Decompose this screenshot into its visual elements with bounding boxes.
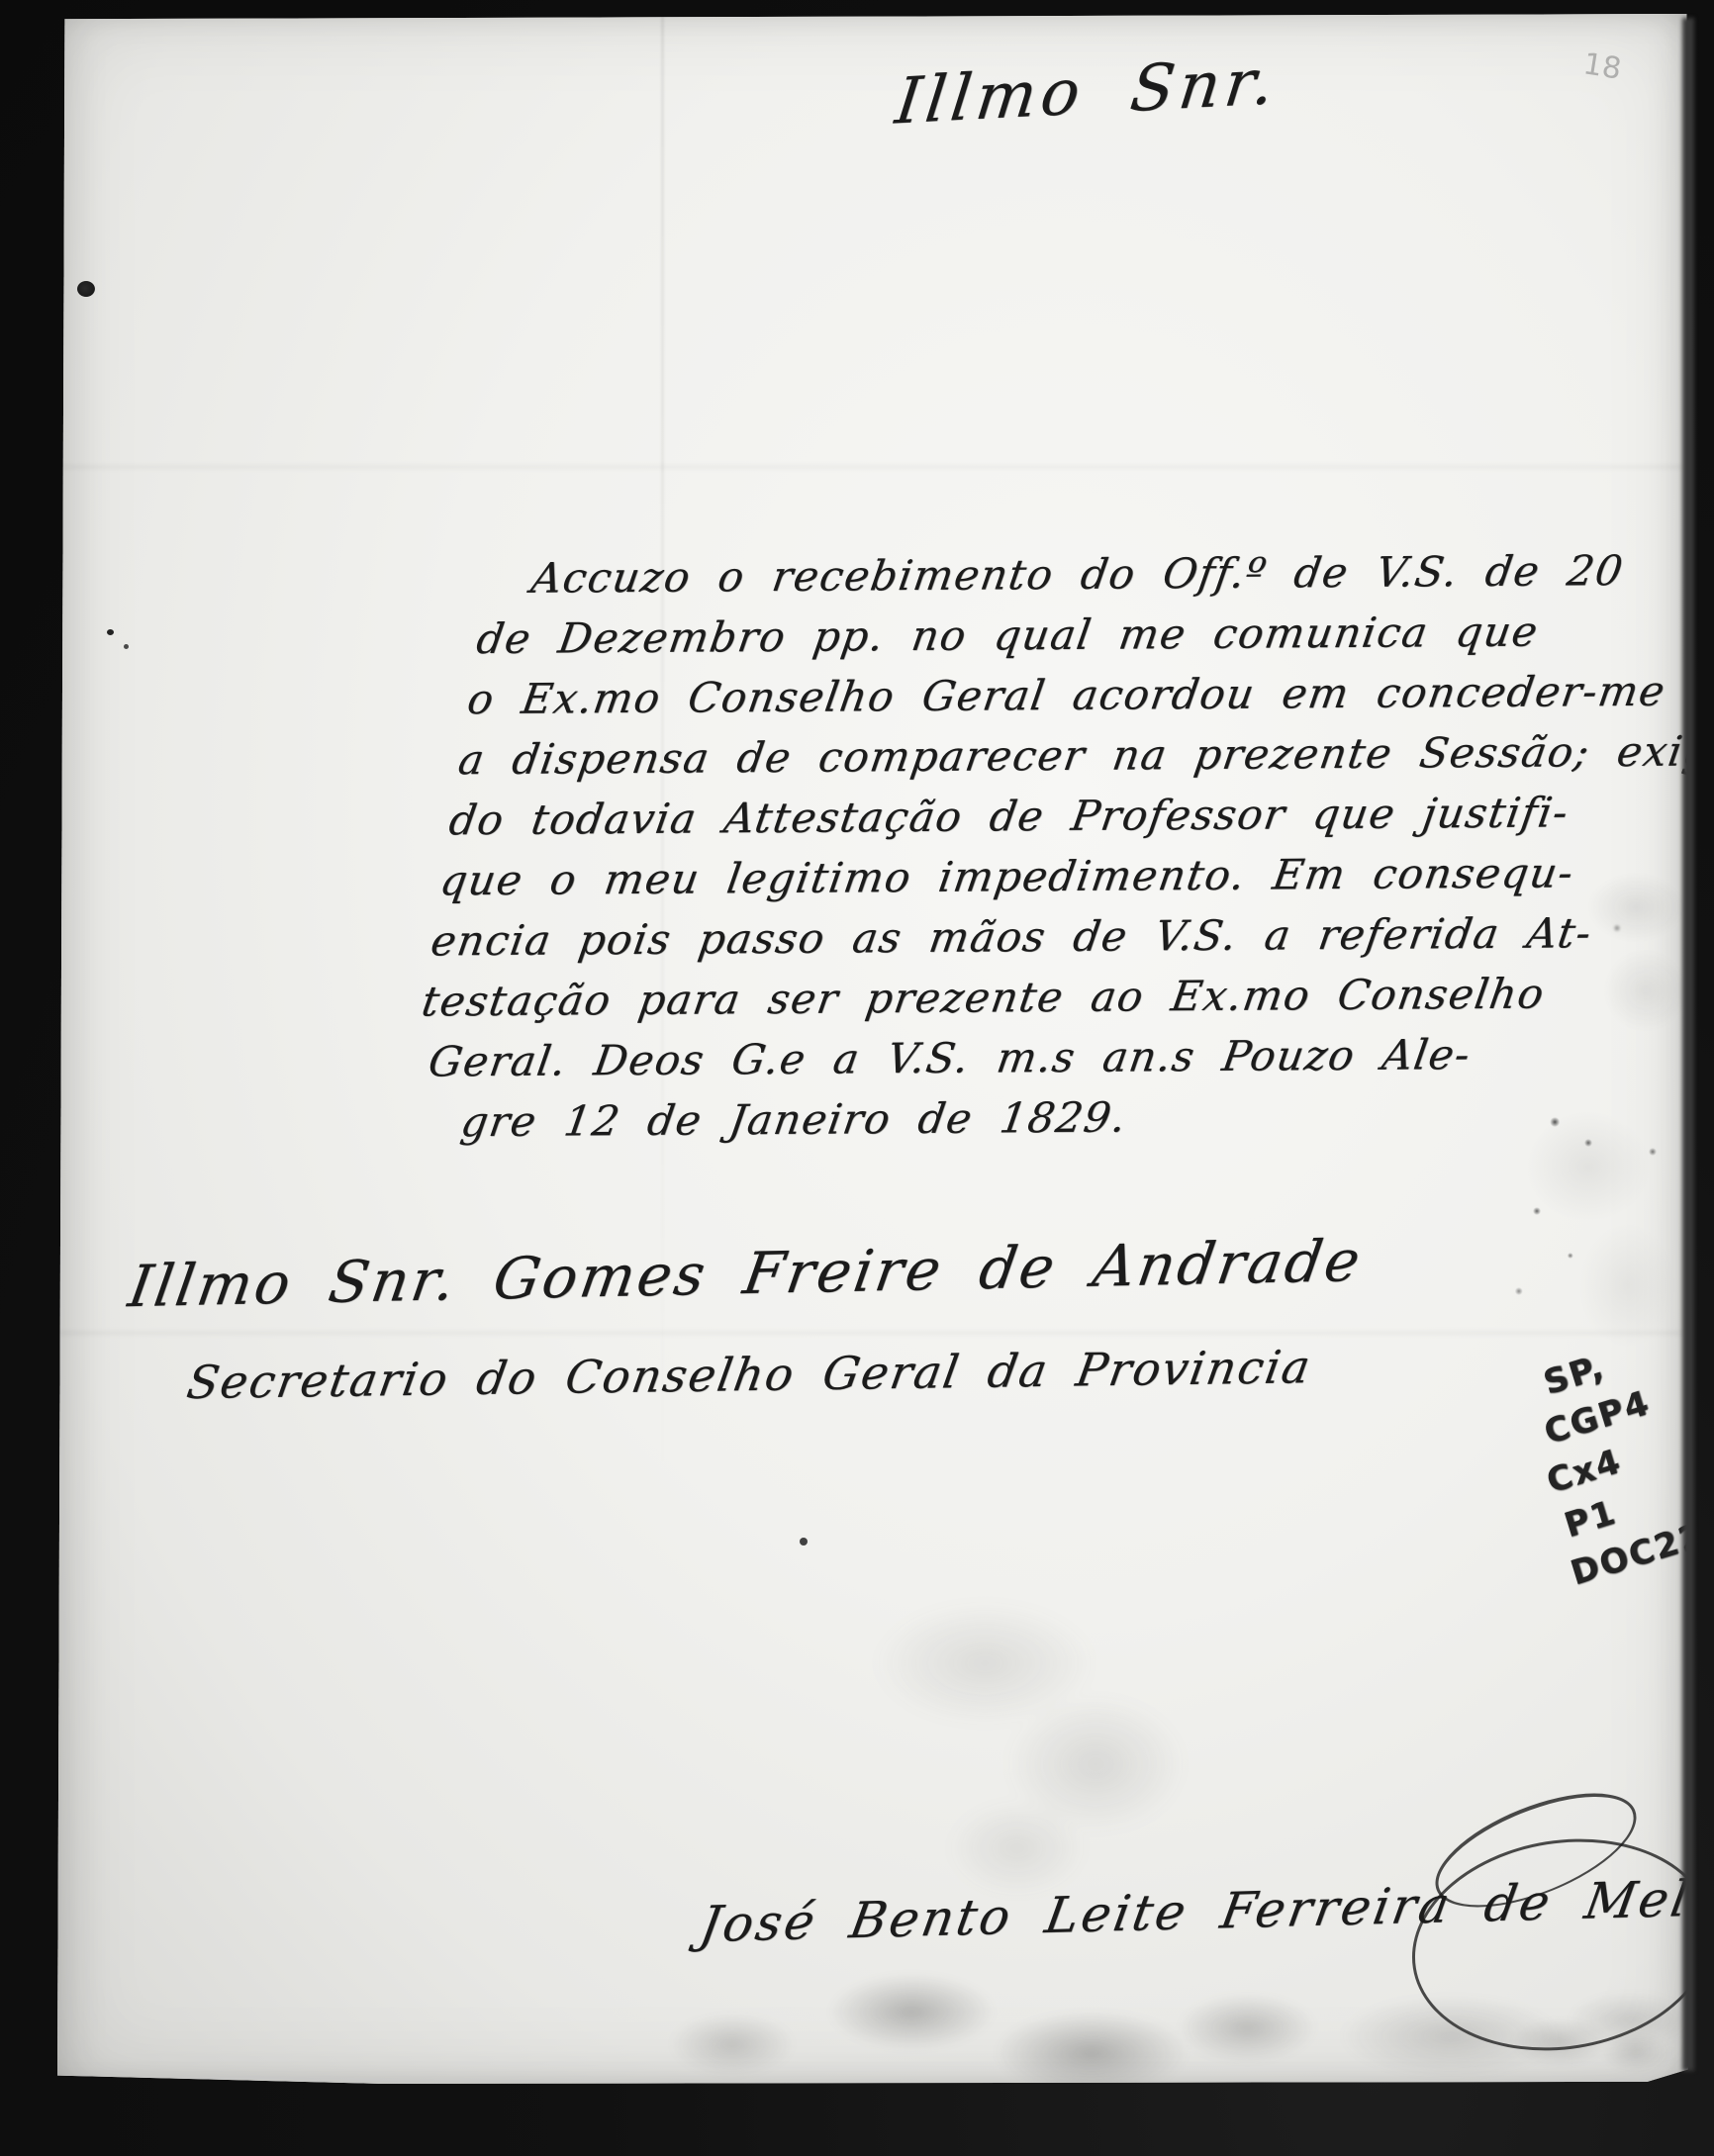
- addressee-name-line: Illmo Snr. Gomes Freire de Andrade: [124, 1227, 1367, 1320]
- hole-punch-mark: [77, 281, 95, 297]
- body-line: encia pois passo as mãos de V.S. a refer…: [427, 902, 1653, 972]
- addressee-title-line: Secretario do Conselho Geral da Provinci…: [183, 1340, 1315, 1409]
- paper-edge-shadow: [1682, 18, 1694, 2071]
- body-line: Geral. Deos G.e a V.S. m.s an.s Pouzo Al…: [425, 1023, 1635, 1092]
- paper-stain: [691, 1562, 1344, 1899]
- horizontal-fold-line: [57, 465, 1688, 469]
- letter-paper: Illmo Snr. 18 Accuzo o recebimento do Of…: [57, 14, 1688, 2084]
- horizontal-fold-line: [57, 1331, 1688, 1335]
- body-line: que o meu legitimo impedimento. Em conse…: [436, 842, 1663, 911]
- ink-speck: [124, 644, 129, 649]
- scanned-document-background: Illmo Snr. 18 Accuzo o recebimento do Of…: [0, 0, 1714, 2156]
- ink-speck: [107, 629, 114, 635]
- body-line: de Dezembro pp. no qual me comunica que: [473, 600, 1699, 669]
- salutation: Illmo Snr.: [892, 46, 1283, 140]
- page-number-mark: 18: [1580, 47, 1623, 87]
- body-line: testação para ser prezente ao Ex.mo Cons…: [418, 963, 1644, 1032]
- letter-body: Accuzo o recebimento do Off.º de V.S. de…: [400, 539, 1708, 1152]
- body-line: gre 12 de Janeiro de 1829.: [457, 1083, 1626, 1152]
- body-line: Accuzo o recebimento do Off.º de V.S. de…: [527, 539, 1708, 608]
- body-line: o Ex.mo Conselho Geral acordou em conced…: [463, 661, 1689, 730]
- ink-speck: [800, 1538, 808, 1546]
- body-line: a dispensa de comparecer na prezente Ses…: [454, 721, 1680, 791]
- body-line: do todavia Attestação de Professor que j…: [445, 782, 1671, 851]
